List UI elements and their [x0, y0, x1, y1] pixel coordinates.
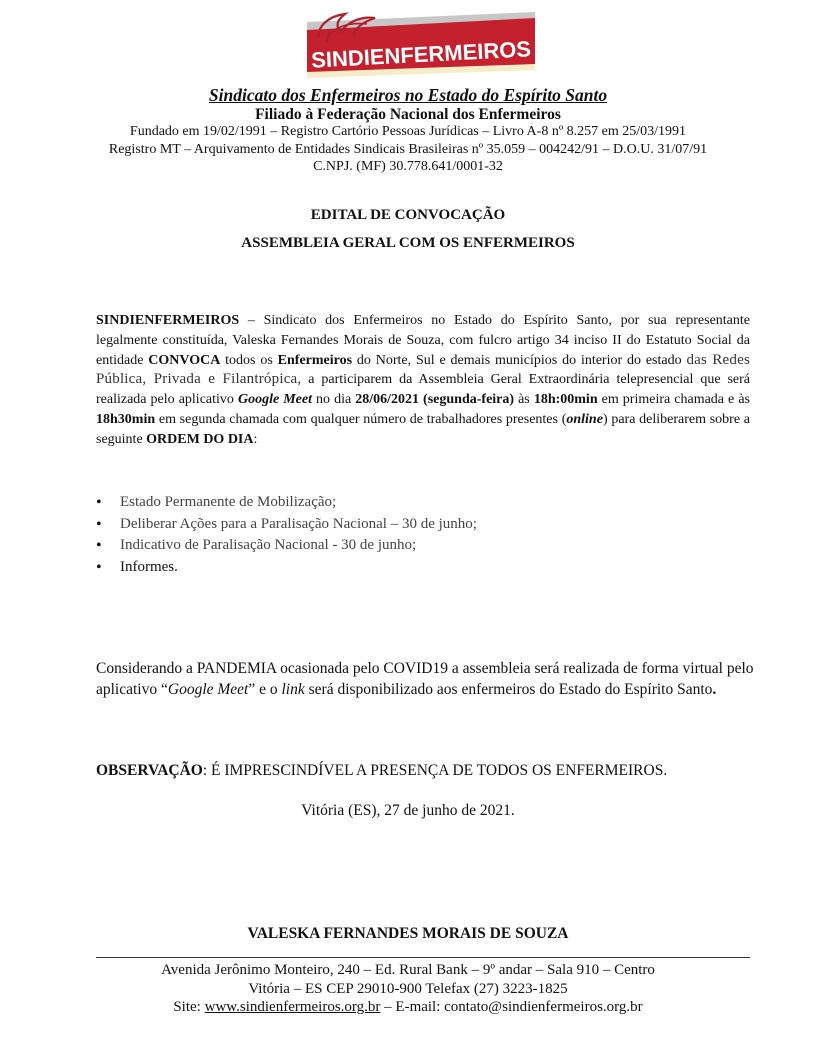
- edital-title: EDITAL DE CONVOCAÇÃO: [0, 207, 816, 224]
- cnpj-info: C.NPJ. (MF) 30.778.641/0001-32: [0, 158, 816, 175]
- agenda-item: Deliberar Ações para a Paralisação Nacio…: [96, 514, 477, 536]
- edital-subtitle: ASSEMBLEIA GERAL COM OS ENFERMEIROS: [0, 235, 816, 252]
- registration-info: Registro MT – Arquivamento de Entidades …: [0, 141, 816, 158]
- agenda-item: Indicativo de Paralisação Nacional - 30 …: [96, 535, 477, 557]
- union-affiliation: Filiado à Federação Nacional dos Enferme…: [0, 106, 816, 124]
- footer-address-line2: Vitória – ES CEP 29010-900 Telefax (27) …: [0, 980, 816, 999]
- website-link[interactable]: www.sindienfermeiros.org.br: [205, 999, 381, 1015]
- convocation-paragraph: SINDIENFERMEIROS – Sindicato dos Enferme…: [96, 311, 750, 450]
- agenda-list: Estado Permanente de Mobilização; Delibe…: [96, 492, 477, 578]
- dateline: Vitória (ES), 27 de junho de 2021.: [0, 802, 816, 820]
- signatory-name: VALESKA FERNANDES MORAIS DE SOUZA: [0, 925, 816, 943]
- footer-divider: [96, 957, 750, 958]
- observation-note: OBSERVAÇÃO: É IMPRESCINDÍVEL A PRESENÇA …: [96, 762, 667, 780]
- founding-info: Fundado em 19/02/1991 – Registro Cartóri…: [0, 123, 816, 140]
- logo-graphic: SINDIENFERMEIROS: [307, 8, 537, 78]
- agenda-item: Informes.: [96, 557, 477, 579]
- sindienfermeiros-logo: SINDIENFERMEIROS: [307, 8, 537, 78]
- footer-address-line1: Avenida Jerônimo Monteiro, 240 – Ed. Rur…: [0, 961, 816, 980]
- footer-contact-line: Site: www.sindienfermeiros.org.br – E-ma…: [0, 998, 816, 1017]
- agenda-item: Estado Permanente de Mobilização;: [96, 492, 477, 514]
- union-title: Sindicato dos Enfermeiros no Estado do E…: [0, 85, 816, 106]
- pandemic-paragraph: Considerando a PANDEMIA ocasionada pelo …: [96, 658, 756, 700]
